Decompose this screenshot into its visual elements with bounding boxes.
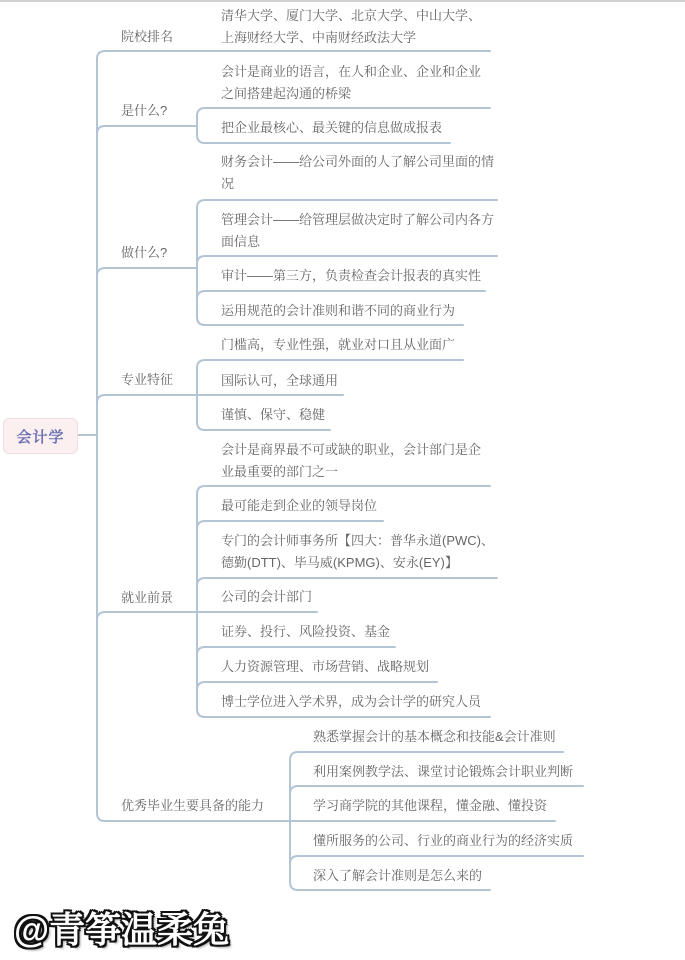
branch-line-what bbox=[97, 126, 197, 134]
subtopic-line: 会计是商业的语言，在人和企业、企业和企业 bbox=[221, 61, 481, 83]
subtopic: 利用案例教学法、课堂讨论锻炼会计职业判断 bbox=[313, 761, 573, 783]
subtopic: 会计是商界最不可或缺的职业，会计部门是企 业最重要的部门之一 bbox=[221, 439, 481, 482]
branch-what-is-it: 是什么? bbox=[121, 100, 167, 121]
subtopic-line: 面信息 bbox=[221, 231, 494, 253]
subtopic: 谨慎、保守、稳健 bbox=[221, 404, 325, 426]
subtopic-line: 学习商学院的其他课程，懂金融、懂投资 bbox=[313, 795, 547, 817]
subtopic: 学习商学院的其他课程，懂金融、懂投资 bbox=[313, 795, 547, 817]
subtopic-line: 博士学位进入学术界，成为会计学的研究人员 bbox=[221, 691, 481, 713]
subtopic-line: 业最重要的部门之一 bbox=[221, 461, 481, 483]
subtopic: 最可能走到企业的领导岗位 bbox=[221, 495, 377, 517]
subtopic: 深入了解会计准则是怎么来的 bbox=[313, 865, 482, 887]
root-topic-label: 会计学 bbox=[16, 426, 64, 447]
subtopic: 博士学位进入学术界，成为会计学的研究人员 bbox=[221, 691, 481, 713]
subtopic: 会计是商业的语言，在人和企业、企业和企业 之间搭建起沟通的桥梁 bbox=[221, 61, 481, 104]
subtopic-line: 管理会计——给管理层做决定时了解公司内各方 bbox=[221, 209, 494, 231]
subtopic-line: 会计是商界最不可或缺的职业，会计部门是企 bbox=[221, 439, 481, 461]
branch-graduate-abilities: 优秀毕业生要具备的能力 bbox=[121, 795, 264, 816]
branch-professional-traits: 专业特征 bbox=[121, 369, 173, 390]
branch-school-ranking: 院校排名 bbox=[121, 26, 173, 47]
subtopic-line: 证券、投行、风险投资、基金 bbox=[221, 621, 390, 643]
subtopic: 管理会计——给管理层做决定时了解公司内各方 面信息 bbox=[221, 209, 494, 252]
subtopic-line: 专门的会计师事务所【四大：普华永道(PWC)、 bbox=[221, 530, 494, 552]
branch-line-traits bbox=[97, 395, 197, 403]
subtopic-line: 深入了解会计准则是怎么来的 bbox=[313, 865, 482, 887]
subtopic: 专门的会计师事务所【四大：普华永道(PWC)、 德勤(DTT)、毕马威(KPMG… bbox=[221, 530, 494, 573]
subtopic: 证券、投行、风险投资、基金 bbox=[221, 621, 390, 643]
subtopic: 公司的会计部门 bbox=[221, 586, 312, 608]
branch-line-do bbox=[97, 268, 197, 276]
subtopic: 运用规范的会计准则和谐不同的商业行为 bbox=[221, 300, 455, 322]
subtopic-line: 人力资源管理、市场营销、战略规划 bbox=[221, 656, 429, 678]
branch-what-to-do: 做什么? bbox=[121, 242, 167, 263]
subtopic: 清华大学、厦门大学、北京大学、中山大学、 上海财经大学、中南财经政法大学 bbox=[221, 5, 481, 48]
subtopic-line: 最可能走到企业的领导岗位 bbox=[221, 495, 377, 517]
branch-line-career bbox=[97, 612, 197, 620]
subtopic-line: 之间搭建起沟通的桥梁 bbox=[221, 83, 481, 105]
subtopic: 财务会计——给公司外面的人了解公司里面的情 况 bbox=[221, 151, 494, 194]
subtopic-line: 公司的会计部门 bbox=[221, 586, 312, 608]
watermark: @青筝温柔兔 bbox=[14, 902, 229, 953]
subtopic-line: 况 bbox=[221, 173, 494, 195]
subtopic-line: 熟悉掌握会计的基本概念和技能&会计准则 bbox=[313, 726, 556, 748]
branch-career-prospects: 就业前景 bbox=[121, 587, 173, 608]
subtopic: 懂所服务的公司、行业的商业行为的经济实质 bbox=[313, 830, 573, 852]
subtopic-line: 上海财经大学、中南财经政法大学 bbox=[221, 27, 481, 49]
subtopic-line: 清华大学、厦门大学、北京大学、中山大学、 bbox=[221, 5, 481, 27]
subtopic-line: 审计——第三方，负责检查会计报表的真实性 bbox=[221, 265, 481, 287]
subtopic-line: 谨慎、保守、稳健 bbox=[221, 404, 325, 426]
subtopic-line: 把企业最核心、最关键的信息做成报表 bbox=[221, 117, 442, 139]
subtopic-line: 财务会计——给公司外面的人了解公司里面的情 bbox=[221, 151, 494, 173]
subtopic: 审计——第三方，负责检查会计报表的真实性 bbox=[221, 265, 481, 287]
subtopic: 门槛高，专业性强，就业对口且从业面广 bbox=[221, 334, 455, 356]
subtopic-line: 国际认可，全球通用 bbox=[221, 370, 338, 392]
subtopic: 把企业最核心、最关键的信息做成报表 bbox=[221, 117, 442, 139]
subtopic-line: 利用案例教学法、课堂讨论锻炼会计职业判断 bbox=[313, 761, 573, 783]
subtopic-line: 门槛高，专业性强，就业对口且从业面广 bbox=[221, 334, 455, 356]
subtopic: 人力资源管理、市场营销、战略规划 bbox=[221, 656, 429, 678]
subtopic: 熟悉掌握会计的基本概念和技能&会计准则 bbox=[313, 726, 556, 748]
root-topic: 会计学 bbox=[3, 418, 78, 454]
subtopic-line: 德勤(DTT)、毕马威(KPMG)、安永(EY)】 bbox=[221, 552, 494, 574]
subtopic-line: 运用规范的会计准则和谐不同的商业行为 bbox=[221, 300, 455, 322]
subtopic: 国际认可，全球通用 bbox=[221, 370, 338, 392]
subtopic-line: 懂所服务的公司、行业的商业行为的经济实质 bbox=[313, 830, 573, 852]
